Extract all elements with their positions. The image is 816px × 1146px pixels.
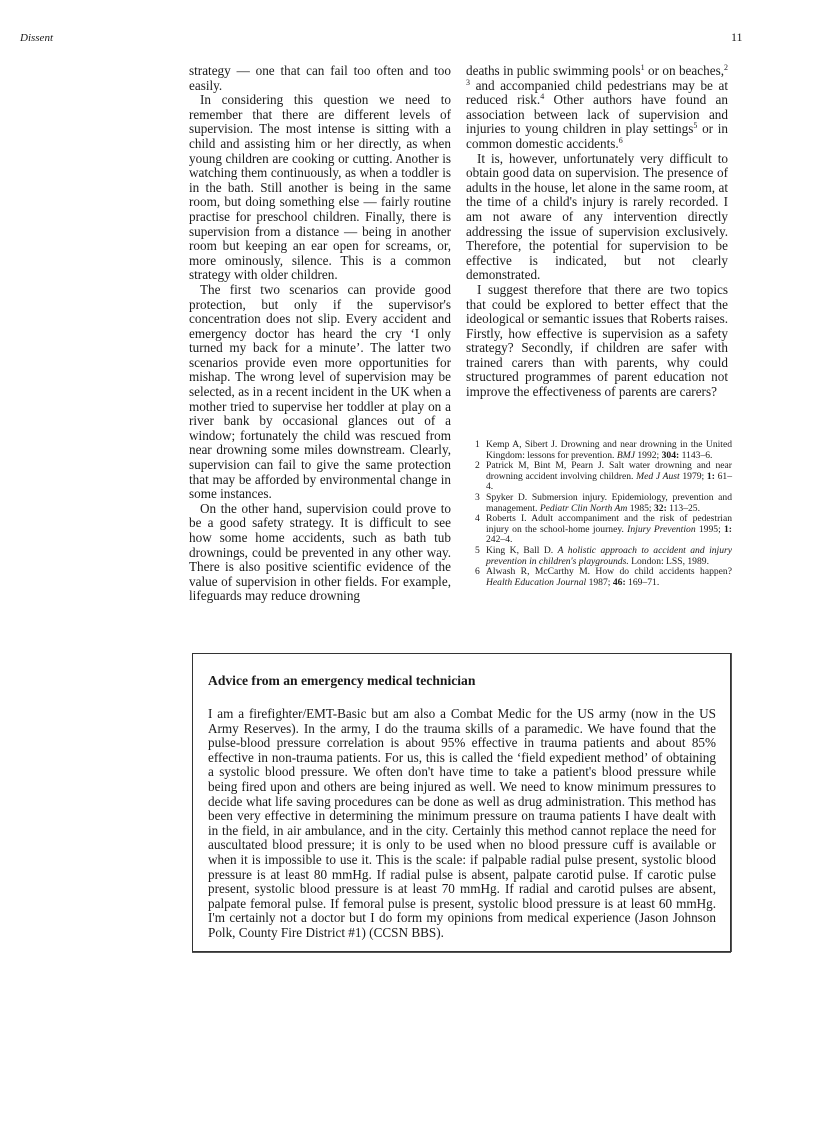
reference-volume: 1: (724, 524, 732, 535)
reference-number: 1 (475, 440, 486, 451)
reference-item: 1Kemp A, Sibert J. Drowning and near dro… (470, 440, 732, 461)
reference-pages: 113–25. (667, 503, 700, 514)
reference-item: 2Patrick M, Bint M, Pearn J. Salt water … (470, 461, 732, 493)
box-body: I am a firefighter/EMT-Basic but am also… (208, 707, 716, 941)
paragraph: It is, however, unfortunately very diffi… (466, 152, 728, 283)
text-run: deaths in public swimming pools (466, 63, 641, 78)
left-column: strategy — one that can fail too often a… (189, 64, 451, 604)
citation: 6 (619, 136, 623, 145)
reference-number: 6 (475, 567, 486, 578)
reference-pages: 169–71. (626, 577, 660, 588)
reference-year: London: LSS, 1989. (629, 556, 709, 567)
sidebar-box: Advice from an emergency medical technic… (192, 653, 731, 952)
reference-volume: 304: (662, 450, 680, 461)
reference-item: 3Spyker D. Submersion injury. Epidemiolo… (470, 493, 732, 514)
reference-journal: BMJ (617, 450, 635, 461)
paragraph: I suggest therefore that there are two t… (466, 283, 728, 400)
paragraph: In considering this question we need to … (189, 93, 451, 283)
paragraph: deaths in public swimming pools1 or on b… (466, 64, 728, 152)
reference-pages: 1143–6. (679, 450, 712, 461)
reference-year: 1995; (696, 524, 724, 535)
reference-item: 6Alwash R, McCarthy M. How do child acci… (470, 567, 732, 588)
reference-list: 1Kemp A, Sibert J. Drowning and near dro… (470, 440, 732, 588)
reference-volume: 32: (654, 503, 667, 514)
paragraph: The first two scenarios can provide good… (189, 283, 451, 502)
reference-journal: Injury Prevention (627, 524, 695, 535)
reference-number: 5 (475, 546, 486, 557)
reference-year: 1979; (680, 471, 707, 482)
reference-journal: Health Education Journal (486, 577, 586, 588)
reference-authors: King K, Ball D. (486, 545, 558, 556)
text-run: or on beaches, (645, 63, 724, 78)
reference-number: 3 (475, 493, 486, 504)
reference-number: 4 (475, 514, 486, 525)
reference-year: 1987; (586, 577, 613, 588)
reference-year: 1985; (627, 503, 654, 514)
reference-volume: 46: (613, 577, 626, 588)
page-number: 11 (731, 30, 743, 45)
reference-number: 2 (475, 461, 486, 472)
running-head: Dissent (20, 32, 53, 44)
reference-journal: Pediatr Clin North Am (540, 503, 628, 514)
reference-item: 5King K, Ball D. A holistic approach to … (470, 546, 732, 567)
paragraph: strategy — one that can fail too often a… (189, 64, 451, 93)
reference-journal: Med J Aust (636, 471, 680, 482)
reference-year: 1992; (635, 450, 662, 461)
right-column: deaths in public swimming pools1 or on b… (466, 64, 728, 400)
reference-authors: Alwash R, McCarthy M. How do child accid… (486, 566, 732, 577)
box-title: Advice from an emergency medical technic… (208, 673, 475, 689)
reference-pages: 242–4. (486, 534, 512, 545)
reference-volume: 1: (707, 471, 715, 482)
reference-item: 4Roberts I. Adult accompaniment and the … (470, 514, 732, 546)
paragraph: On the other hand, supervision could pro… (189, 502, 451, 604)
